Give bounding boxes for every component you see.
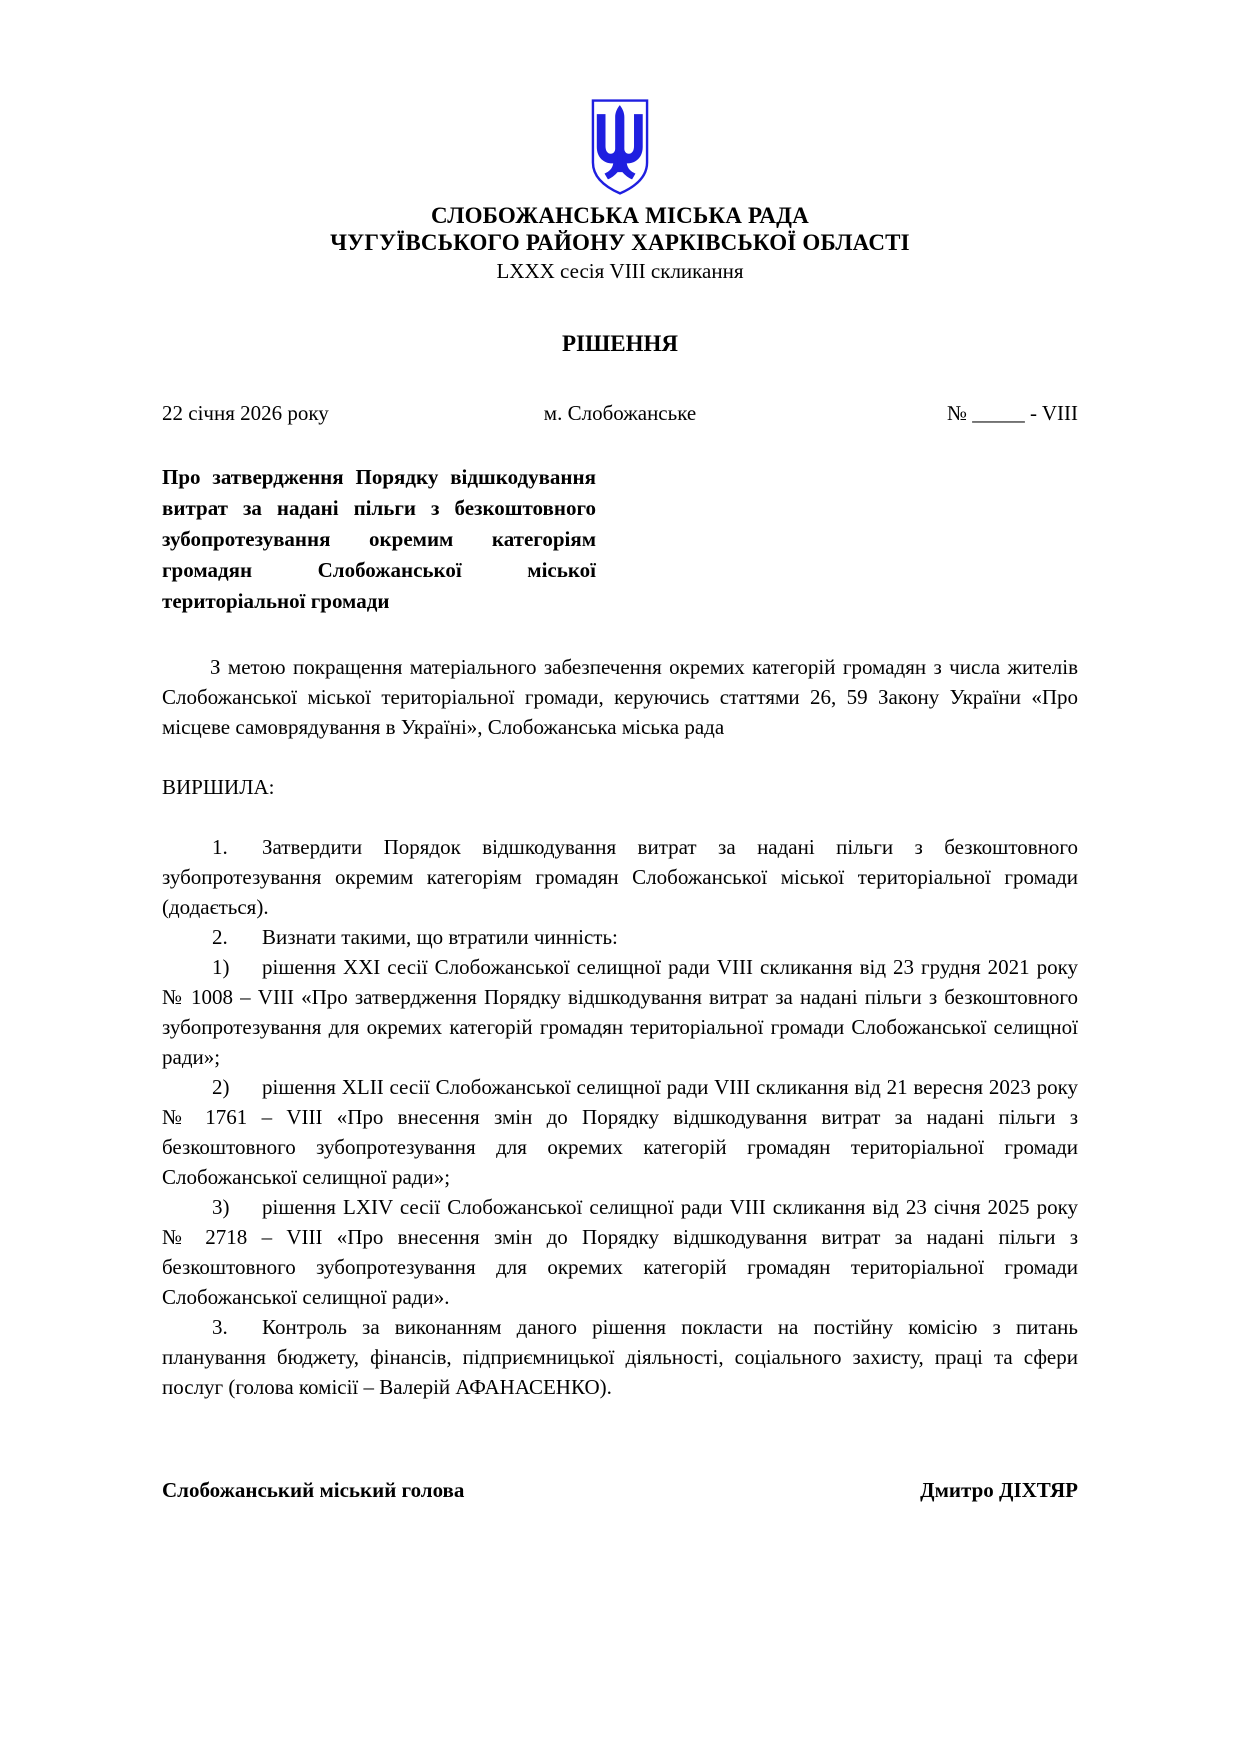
- emblem-container: [162, 98, 1078, 196]
- document-type-title: РІШЕННЯ: [162, 331, 1078, 357]
- resolution-items: 1.Затвердити Порядок відшкодування витра…: [162, 832, 1078, 1402]
- organization-name-line2: ЧУГУЇВСЬКОГО РАЙОНУ ХАРКІВСЬКОЇ ОБЛАСТІ: [162, 229, 1078, 256]
- document-place: м. Слобожанське: [162, 401, 1078, 426]
- item-text: рішення LXIV сесії Слобожанської селищно…: [162, 1195, 1078, 1309]
- document-header: СЛОБОЖАНСЬКА МІСЬКА РАДА ЧУГУЇВСЬКОГО РА…: [162, 98, 1078, 284]
- preamble-paragraph: З метою покращення матеріального забезпе…: [162, 652, 1078, 742]
- resolution-subitem-3: 3)рішення LXIV сесії Слобожанської селищ…: [162, 1192, 1078, 1312]
- item-number: 3.: [212, 1312, 262, 1342]
- session-line: LXXX сесія VIII скликання: [162, 259, 1078, 284]
- resolution-item-3: 3.Контроль за виконанням даного рішення …: [162, 1312, 1078, 1402]
- organization-name-line1: СЛОБОЖАНСЬКА МІСЬКА РАДА: [162, 202, 1078, 229]
- signatory-name: Дмитро ДІХТЯР: [920, 1478, 1078, 1503]
- item-text: рішення XXI сесії Слобожанської селищної…: [162, 955, 1078, 1069]
- resolved-label: ВИРШИЛА:: [162, 775, 1078, 800]
- resolution-subitem-2: 2)рішення XLII сесії Слобожанської селищ…: [162, 1072, 1078, 1192]
- item-text: рішення XLII сесії Слобожанської селищно…: [162, 1075, 1078, 1189]
- item-number: 3): [212, 1192, 262, 1222]
- signatory-position: Слобожанський міський голова: [162, 1478, 464, 1503]
- item-text: Контроль за виконанням даного рішення по…: [162, 1315, 1078, 1399]
- item-number: 2): [212, 1072, 262, 1102]
- item-number: 1.: [212, 832, 262, 862]
- resolution-item-1: 1.Затвердити Порядок відшкодування витра…: [162, 832, 1078, 922]
- item-number: 1): [212, 952, 262, 982]
- document-page: СЛОБОЖАНСЬКА МІСЬКА РАДА ЧУГУЇВСЬКОГО РА…: [0, 0, 1240, 1503]
- item-number: 2.: [212, 922, 262, 952]
- item-text: Визнати такими, що втратили чинність:: [262, 925, 618, 949]
- resolution-item-2: 2.Визнати такими, що втратили чинність:: [162, 922, 1078, 952]
- resolution-subitem-1: 1)рішення XXI сесії Слобожанської селищн…: [162, 952, 1078, 1072]
- signature-row: Слобожанський міський голова Дмитро ДІХТ…: [162, 1478, 1078, 1503]
- item-text: Затвердити Порядок відшкодування витрат …: [162, 835, 1078, 919]
- trident-center-bar: [617, 126, 622, 172]
- meta-row: 22 січня 2026 року м. Слобожанське № ___…: [162, 401, 1078, 426]
- ukraine-trident-icon: [591, 98, 649, 196]
- document-subject: Про затвердження Порядку відшкодування в…: [162, 462, 596, 617]
